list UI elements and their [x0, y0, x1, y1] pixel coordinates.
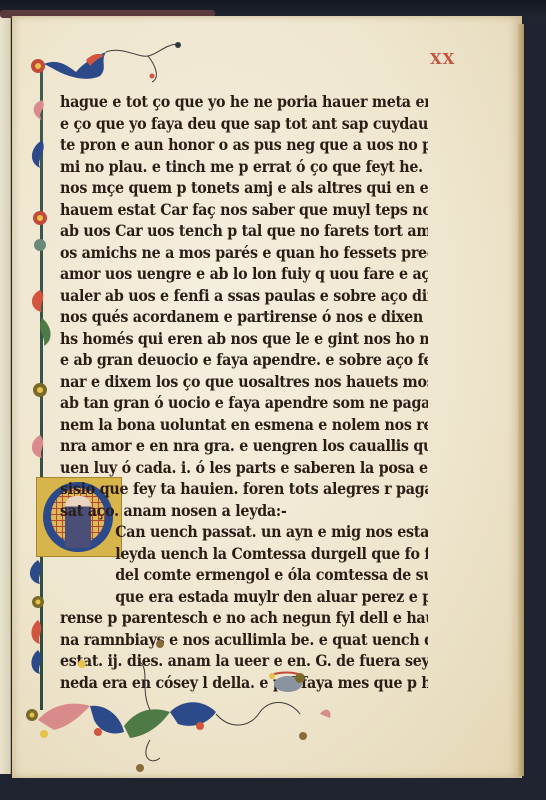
- text-line: ualer ab uos e fenfi a ssas paulas e sob…: [60, 285, 428, 307]
- bottom-acanthus-scroll-icon: [20, 640, 340, 790]
- text-line: rense p parentesch e no ach negun fyl de…: [60, 607, 428, 629]
- top-acanthus-icon: [28, 38, 188, 88]
- text-line: Can uench passat. un ayn e mig nos estan…: [60, 521, 428, 543]
- text-line: nem la bona uoluntat en esmena e nolem n…: [60, 414, 428, 436]
- bird-icon: [262, 668, 312, 698]
- text-line: ab tan gran ó uocio e faya apendre som n…: [60, 392, 428, 414]
- page-fore-edge: [518, 24, 524, 776]
- text-line: sat aço. anam nosen a leyda:-: [60, 500, 428, 522]
- left-border-rosettes-icon: [22, 90, 62, 710]
- text-line: sisio que fey ta hauien. foren tots aleg…: [60, 478, 428, 500]
- text-line: os amichs ne a mos parés e quan ho fesse…: [60, 242, 428, 264]
- text-line: hauem estat Car faç nos saber que muyl t…: [60, 199, 428, 221]
- text-line: nra amor e en nra gra. e uengren los cau…: [60, 435, 428, 457]
- text-line: hs homés qui eren ab nos que le e gint n…: [60, 328, 428, 350]
- text-line: nos mçe quem p tonets amj e als altres q…: [60, 177, 428, 199]
- text-line: hague e tot ço que yo he ne poria hauer …: [60, 91, 428, 113]
- text-line: e ab gran deuocio e faya apendre. e sobr…: [60, 349, 428, 371]
- text-line: mi no plau. e tinch me p errat ó ço que …: [60, 156, 428, 178]
- text-line: e ço que yo faya deu que sap tot ant sap…: [60, 113, 428, 135]
- manuscript-text: hague e tot ço que yo he ne poria hauer …: [60, 91, 460, 693]
- text-line: ab uos Car uos tench p tal que no farets…: [60, 220, 428, 242]
- text-line: nos qués acordanem e partirense ó nos e …: [60, 306, 428, 328]
- text-line: que era estada muylr den aluar perez e p…: [60, 586, 428, 608]
- text-line: del comte ermengol e óla comtessa de sub…: [60, 564, 428, 586]
- text-line: nar e dixem los ço que uosaltres nos hau…: [60, 371, 428, 393]
- facing-page-edge: [0, 14, 11, 774]
- text-line: amor uos uengre e ab lo lon fuiy q uou f…: [60, 263, 428, 285]
- folio-number: XX: [430, 50, 455, 68]
- text-line: leyda uench la Comtessa durgell que fo f…: [60, 543, 428, 565]
- text-line: uen luy ó cada. i. ó les parts e saberen…: [60, 457, 428, 479]
- text-line: te pron e aun honor o as pus neg que a u…: [60, 134, 428, 156]
